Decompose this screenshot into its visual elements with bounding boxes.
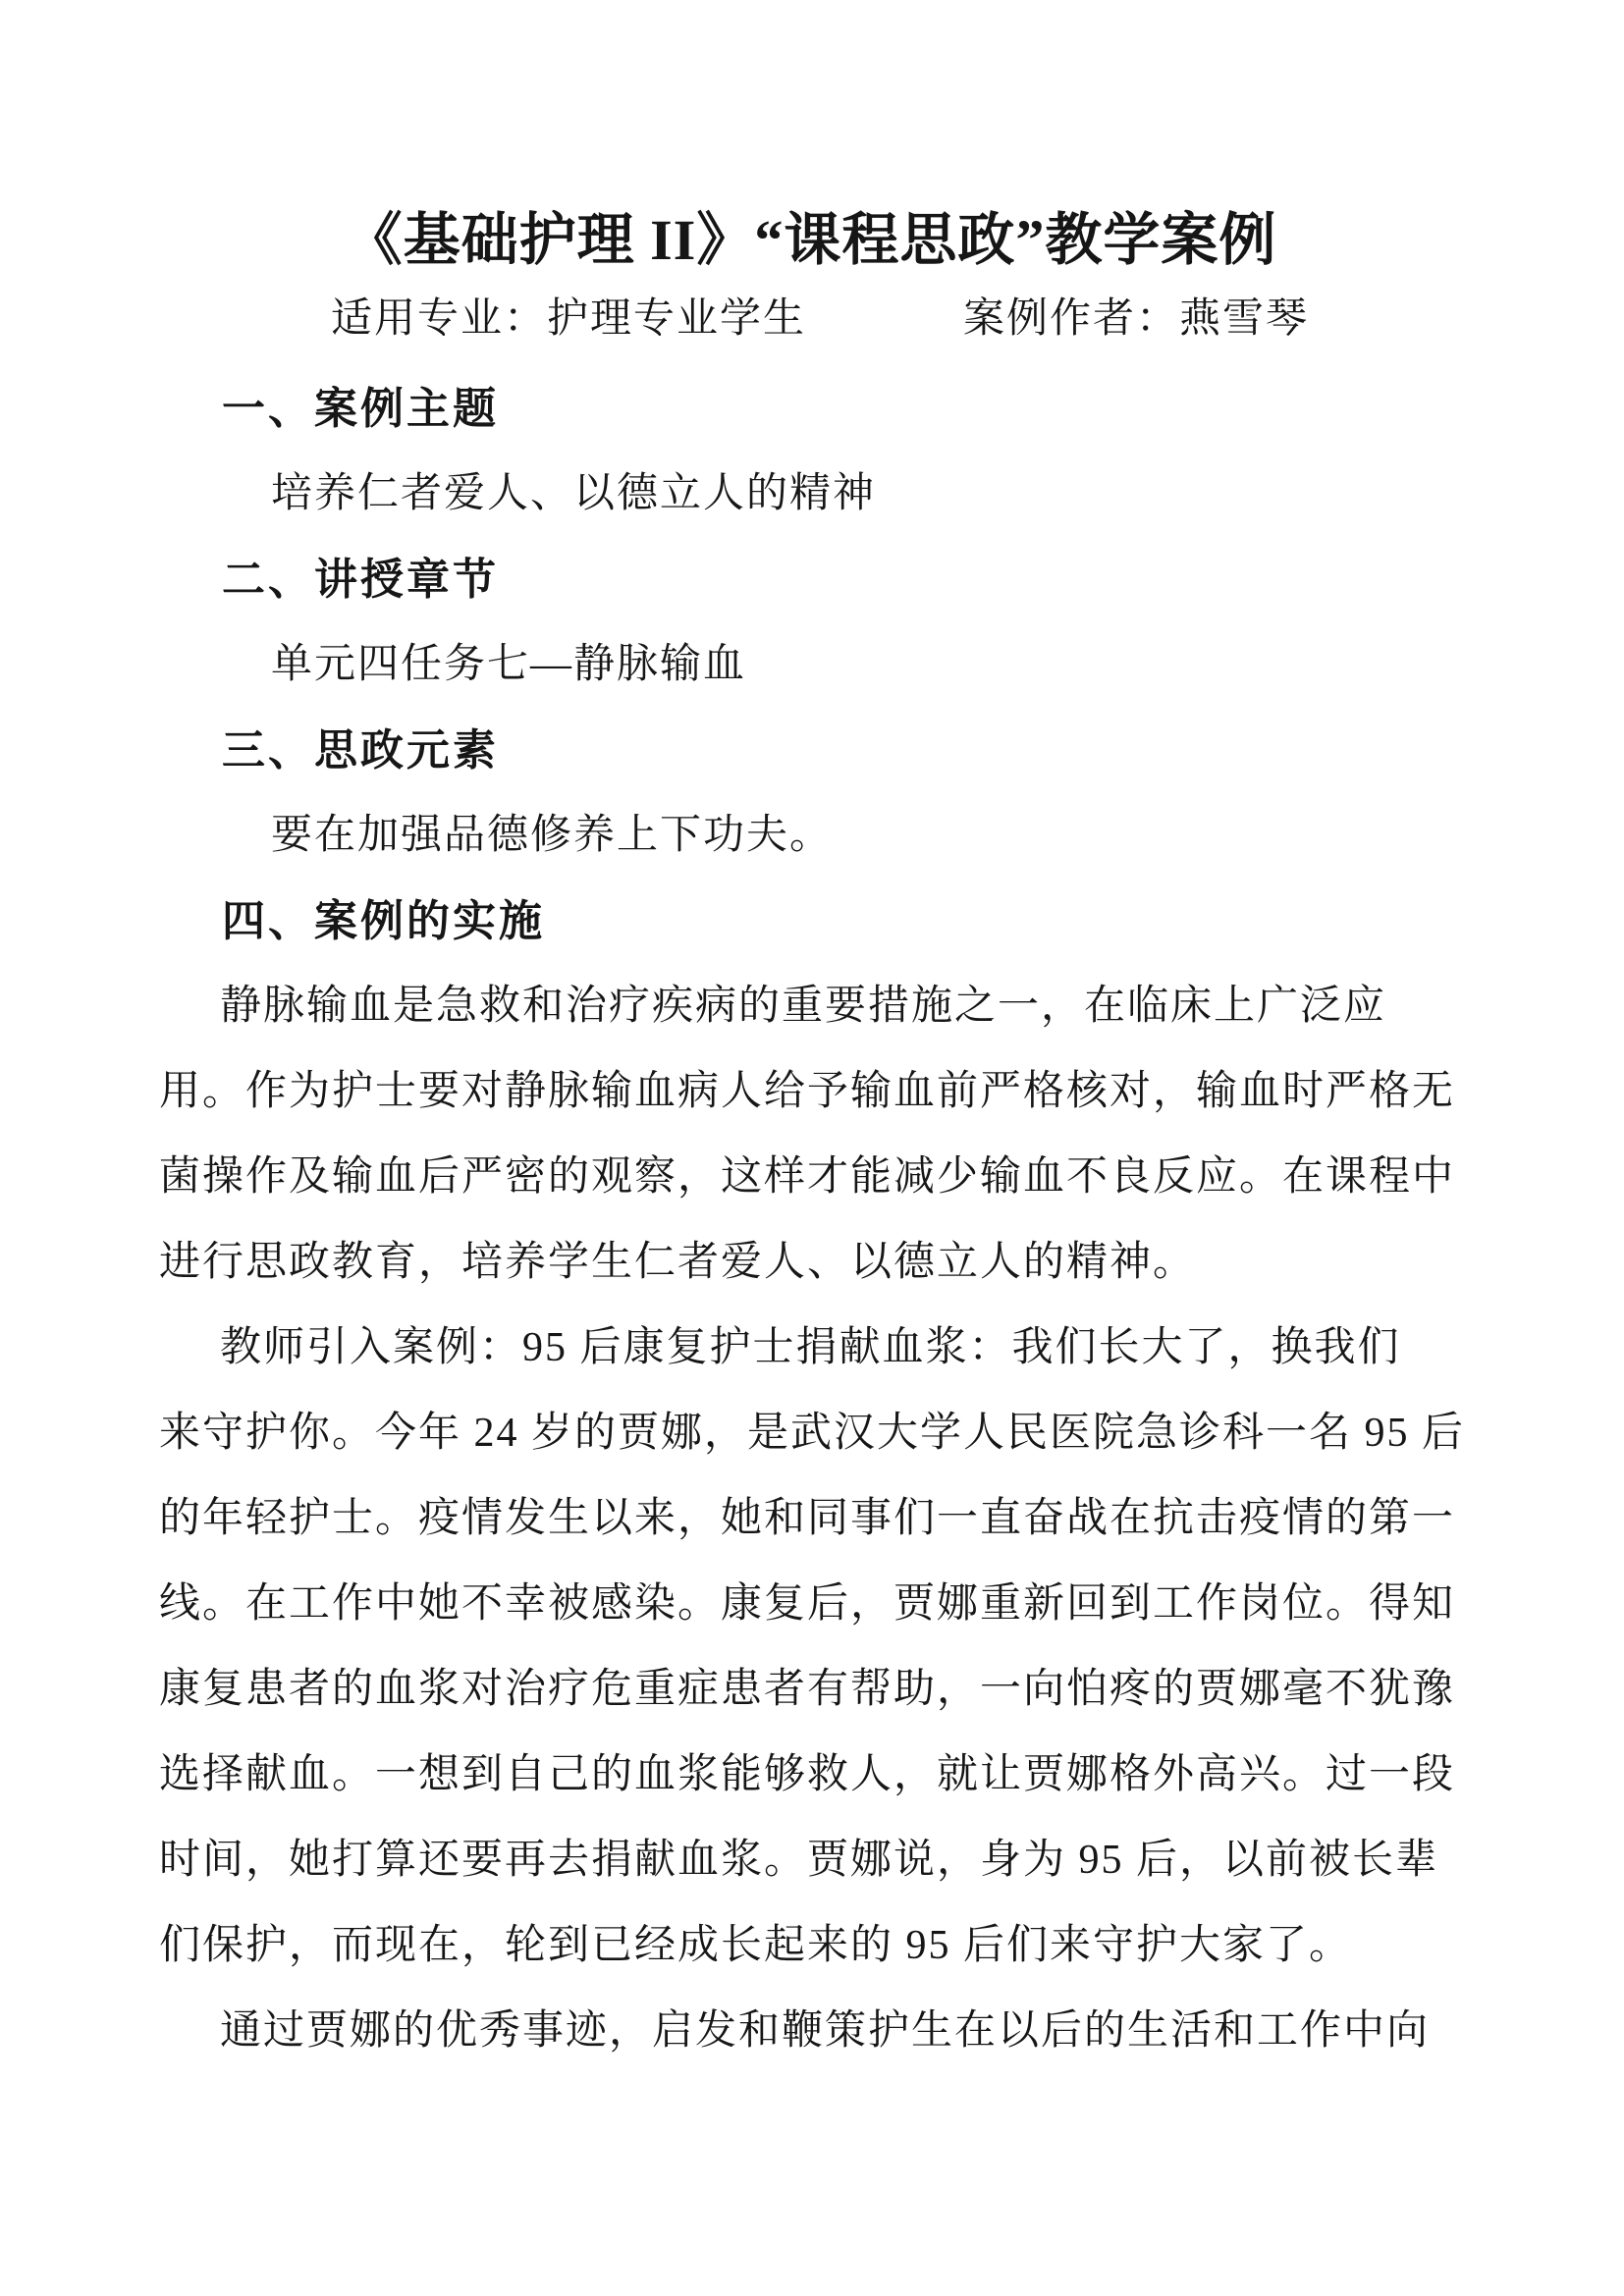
section-heading-3: 三、思政元素: [159, 708, 1463, 793]
section-heading-2: 二、讲授章节: [159, 537, 1463, 622]
section-1-line: 培养仁者爱人、以德立人的精神: [159, 452, 1463, 537]
section-3-line: 要在加强品德修养上下功夫。: [159, 793, 1463, 879]
paragraph-line: 康复患者的血浆对治疗危重症患者有帮助，一向怕疼的贾娜毫不犹豫: [159, 1647, 1463, 1733]
paragraph-line: 菌操作及输血后严密的观察，这样才能减少输血不良反应。在课程中: [159, 1135, 1463, 1220]
paragraph-line: 用。作为护士要对静脉输血病人给予输血前严格核对，输血时严格无: [159, 1049, 1463, 1135]
paragraph-line: 们保护，而现在，轮到已经成长起来的 95 后们来守护大家了。: [159, 1903, 1463, 1989]
section-heading-1: 一、案例主题: [159, 366, 1463, 452]
document-body: 一、案例主题 培养仁者爱人、以德立人的精神 二、讲授章节 单元四任务七—静脉输血…: [159, 366, 1463, 2074]
document-title: 《基础护理 II》“课程思政”教学案例: [0, 0, 1624, 283]
paragraph-line: 通过贾娜的优秀事迹，启发和鞭策护生在以后的生活和工作中向: [159, 1989, 1463, 2074]
meta-author: 案例作者：燕雪琴: [963, 296, 1309, 342]
meta-audience: 适用专业：护理专业学生: [331, 296, 806, 342]
paragraph-line: 选择献血。一想到自己的血浆能够救人，就让贾娜格外高兴。过一段: [159, 1733, 1463, 1818]
section-2-line: 单元四任务七—静脉输血: [159, 622, 1463, 708]
document-meta: 适用专业：护理专业学生案例作者：燕雪琴: [159, 283, 1463, 355]
paragraph-line: 来守护你。今年 24 岁的贾娜，是武汉大学人民医院急诊科一名 95 后: [159, 1391, 1463, 1476]
paragraph-line: 的年轻护士。疫情发生以来，她和同事们一直奋战在抗击疫情的第一: [159, 1476, 1463, 1562]
section-heading-4: 四、案例的实施: [159, 879, 1463, 964]
paragraph-line: 线。在工作中她不幸被感染。康复后，贾娜重新回到工作岗位。得知: [159, 1562, 1463, 1647]
paragraph-line: 时间，她打算还要再去捐献血浆。贾娜说，身为 95 后，以前被长辈: [159, 1818, 1463, 1903]
paragraph-line: 静脉输血是急救和治疗疾病的重要措施之一，在临床上广泛应: [159, 964, 1463, 1049]
document-page: 《基础护理 II》“课程思政”教学案例 适用专业：护理专业学生案例作者：燕雪琴 …: [0, 0, 1624, 2296]
paragraph-line: 进行思政教育，培养学生仁者爱人、以德立人的精神。: [159, 1220, 1463, 1306]
paragraph-line: 教师引入案例：95 后康复护士捐献血浆：我们长大了，换我们: [159, 1306, 1463, 1391]
